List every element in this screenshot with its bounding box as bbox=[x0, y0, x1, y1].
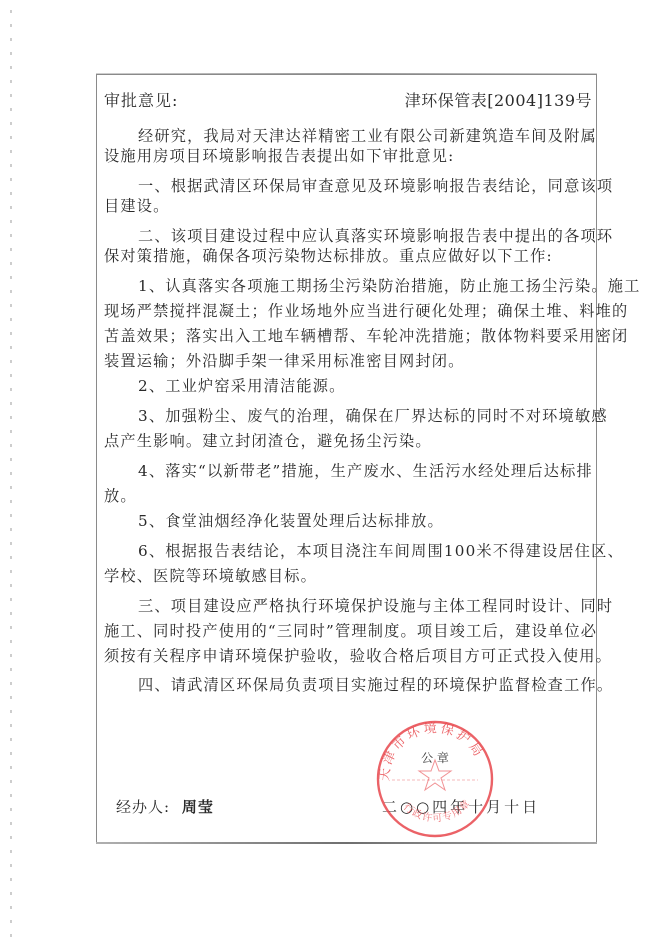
body-line: 学校、医院等环境敏感目标。 bbox=[104, 566, 590, 586]
body-line: 经研究，我局对天津达祥精密工业有限公司新建筑造车间及附属 bbox=[104, 126, 590, 146]
seal-center-text: 公 章 bbox=[421, 750, 449, 765]
body-line: 现场严禁搅拌混凝土；作业场地外应当进行硬化处理；确保土堆、料堆的 bbox=[104, 301, 590, 321]
body-line: 4、落实“以新带老”措施，生产废水、生活污水经处理后达标排 bbox=[104, 461, 590, 481]
seal-bottom-text: 行政许可专用章 bbox=[401, 796, 473, 824]
official-seal-icon: 天津市环境保护局 行政许可专用章 公 章 bbox=[374, 718, 496, 840]
body-line: 二、该项目建设过程中应认真落实环境影响报告表中提出的各项环 bbox=[104, 226, 590, 246]
body-line: 三、项目建设应严格执行环境保护设施与主体工程同时设计、同时 bbox=[104, 596, 590, 616]
handler-signature: 经办人: 周莹 bbox=[116, 796, 214, 817]
handler-name: 周莹 bbox=[182, 798, 214, 816]
scan-edge-artifact bbox=[10, 10, 12, 940]
body-line: 5、食堂油烟经净化装置处理后达标排放。 bbox=[104, 511, 590, 531]
body-line: 6、根据报告表结论，本项目浇注车间周围100米不得建设居住区、 bbox=[104, 541, 590, 561]
body-line: 一、根据武清区环保局审查意见及环境影响报告表结论，同意该项 bbox=[104, 176, 590, 196]
document-number: 津环保管表[2004]139号 bbox=[405, 88, 592, 111]
body-line: 1、认真落实各项施工期扬尘污染防治措施，防止施工扬尘污染。施工 bbox=[104, 276, 590, 296]
body-line: 须按有关程序申请环境保护验收，验收合格后项目方可正式投入使用。 bbox=[104, 646, 590, 666]
body-line: 2、工业炉窑采用清洁能源。 bbox=[104, 376, 590, 396]
body-line: 设施用房项目环境影响报告表提出如下审批意见: bbox=[104, 146, 590, 166]
body-line: 苫盖效果；落实出入工地车辆槽帮、车轮冲洗措施；散体物料要采用密闭 bbox=[104, 326, 590, 346]
frame-bottom-border bbox=[96, 842, 597, 844]
body-line: 点产生影响。建立封闭渣仓，避免扬尘污染。 bbox=[104, 431, 590, 451]
body-line: 放。 bbox=[104, 486, 590, 506]
body-line: 保对策措施，确保各项污染物达标排放。重点应做好以下工作: bbox=[104, 246, 590, 266]
svg-text:行政许可专用章: 行政许可专用章 bbox=[401, 796, 473, 824]
body-line: 四、请武清区环保局负责项目实施过程的环境保护监督检查工作。 bbox=[104, 675, 590, 695]
handler-label: 经办人: bbox=[116, 798, 170, 816]
body-line: 装置运输；外沿脚手架一律采用标准密目网封闭。 bbox=[104, 351, 590, 371]
body-line: 目建设。 bbox=[104, 196, 590, 216]
approval-heading: 审批意见: bbox=[104, 88, 178, 111]
body-line: 3、加强粉尘、废气的治理，确保在厂界达标的同时不对环境敏感 bbox=[104, 406, 590, 426]
body-line: 施工、同时投产使用的“三同时”管理制度。项目竣工后，建设单位必 bbox=[104, 621, 590, 641]
